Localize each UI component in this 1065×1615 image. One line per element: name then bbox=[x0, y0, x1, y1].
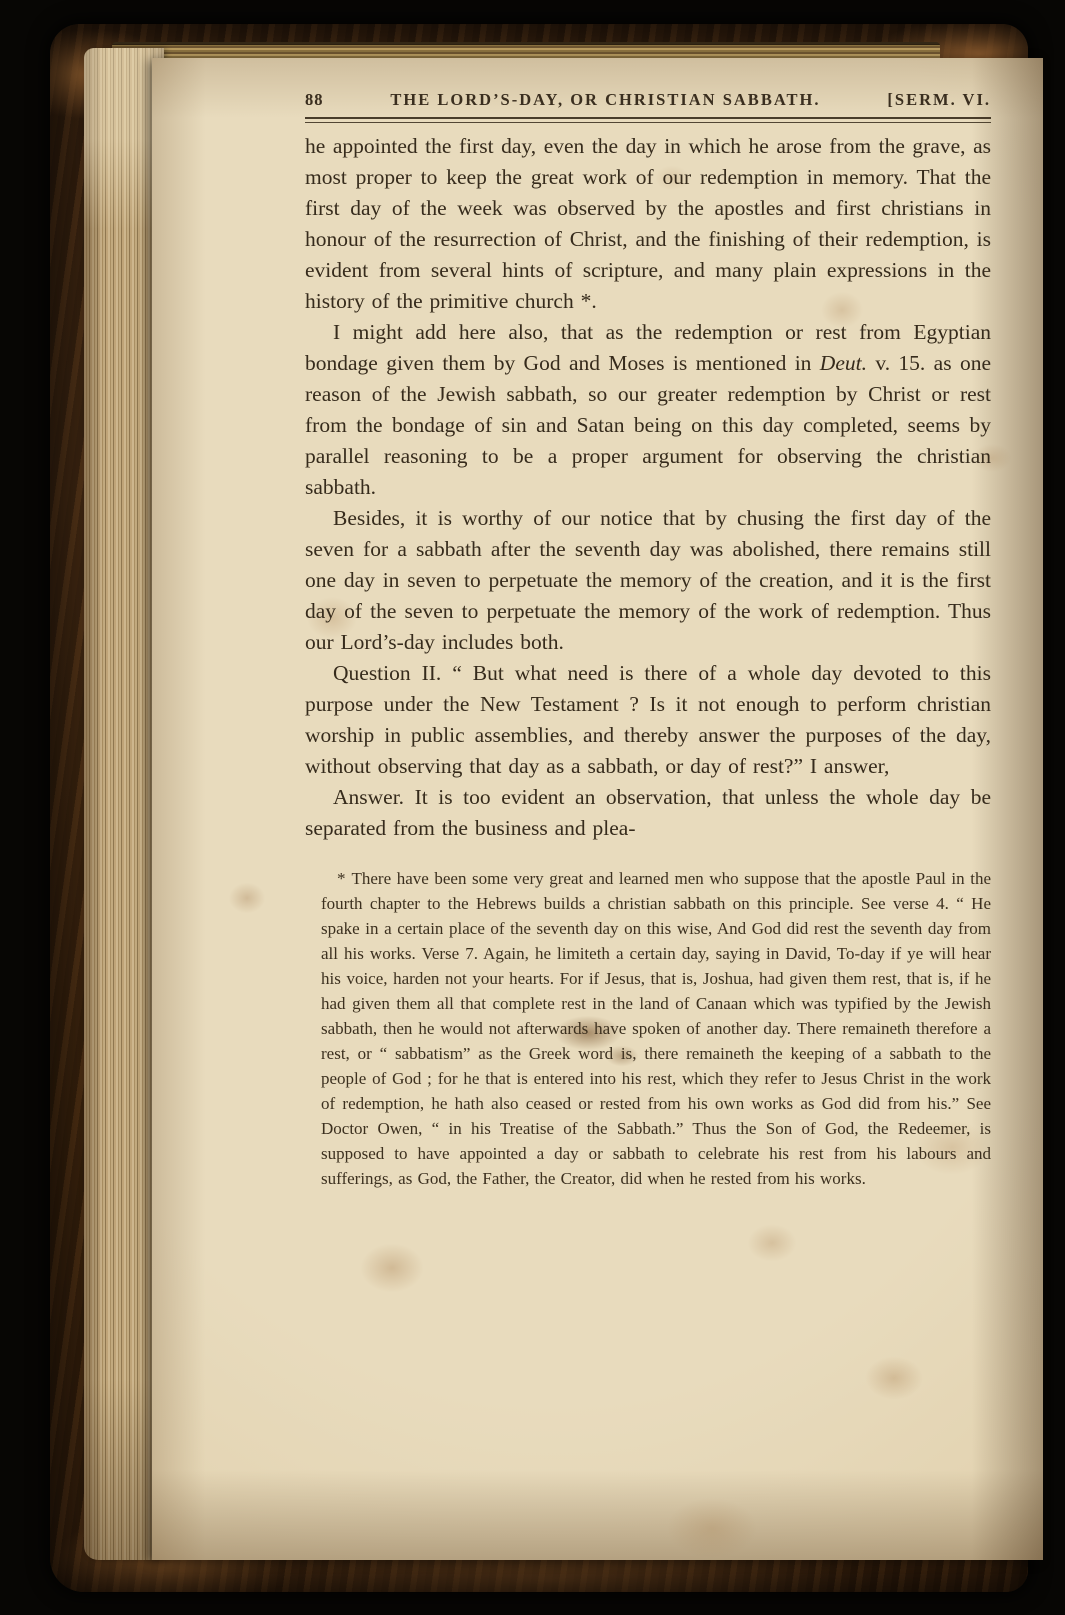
sermon-number-label: [SERM. VI. bbox=[887, 90, 991, 110]
page-number: 88 bbox=[305, 90, 324, 110]
scripture-reference: Deut. bbox=[820, 351, 867, 375]
running-title: THE LORD’S-DAY, OR CHRISTIAN SABBATH. bbox=[390, 90, 820, 110]
body-paragraph: Question II. “ But what need is there of… bbox=[305, 658, 991, 782]
book-page: 88 THE LORD’S-DAY, OR CHRISTIAN SABBATH.… bbox=[152, 58, 1043, 1560]
body-paragraph: Answer. It is too evident an observation… bbox=[305, 782, 991, 844]
paragraph-run: Besides, it is worthy of our notice that… bbox=[305, 506, 991, 654]
body-paragraph: he appointed the first day, even the day… bbox=[305, 131, 991, 317]
text-column: 88 THE LORD’S-DAY, OR CHRISTIAN SABBATH.… bbox=[305, 58, 991, 1191]
footnote: *There have been some very great and lea… bbox=[321, 866, 991, 1191]
body-text: he appointed the first day, even the day… bbox=[305, 131, 991, 844]
paragraph-run: he appointed the first day, even the day… bbox=[305, 134, 991, 313]
footnote-asterisk-marker: * bbox=[337, 869, 346, 888]
paragraph-run: Answer. It is too evident an observation… bbox=[305, 785, 991, 840]
body-paragraph: Besides, it is worthy of our notice that… bbox=[305, 503, 991, 658]
scanned-book-photo: 88 THE LORD’S-DAY, OR CHRISTIAN SABBATH.… bbox=[0, 0, 1065, 1615]
body-paragraph: I might add here also, that as the redem… bbox=[305, 317, 991, 503]
running-header: 88 THE LORD’S-DAY, OR CHRISTIAN SABBATH.… bbox=[305, 90, 991, 110]
paragraph-run: Question II. “ But what need is there of… bbox=[305, 661, 991, 778]
footnote-text: There have been some very great and lear… bbox=[321, 869, 991, 1188]
double-rule-divider bbox=[305, 117, 991, 123]
